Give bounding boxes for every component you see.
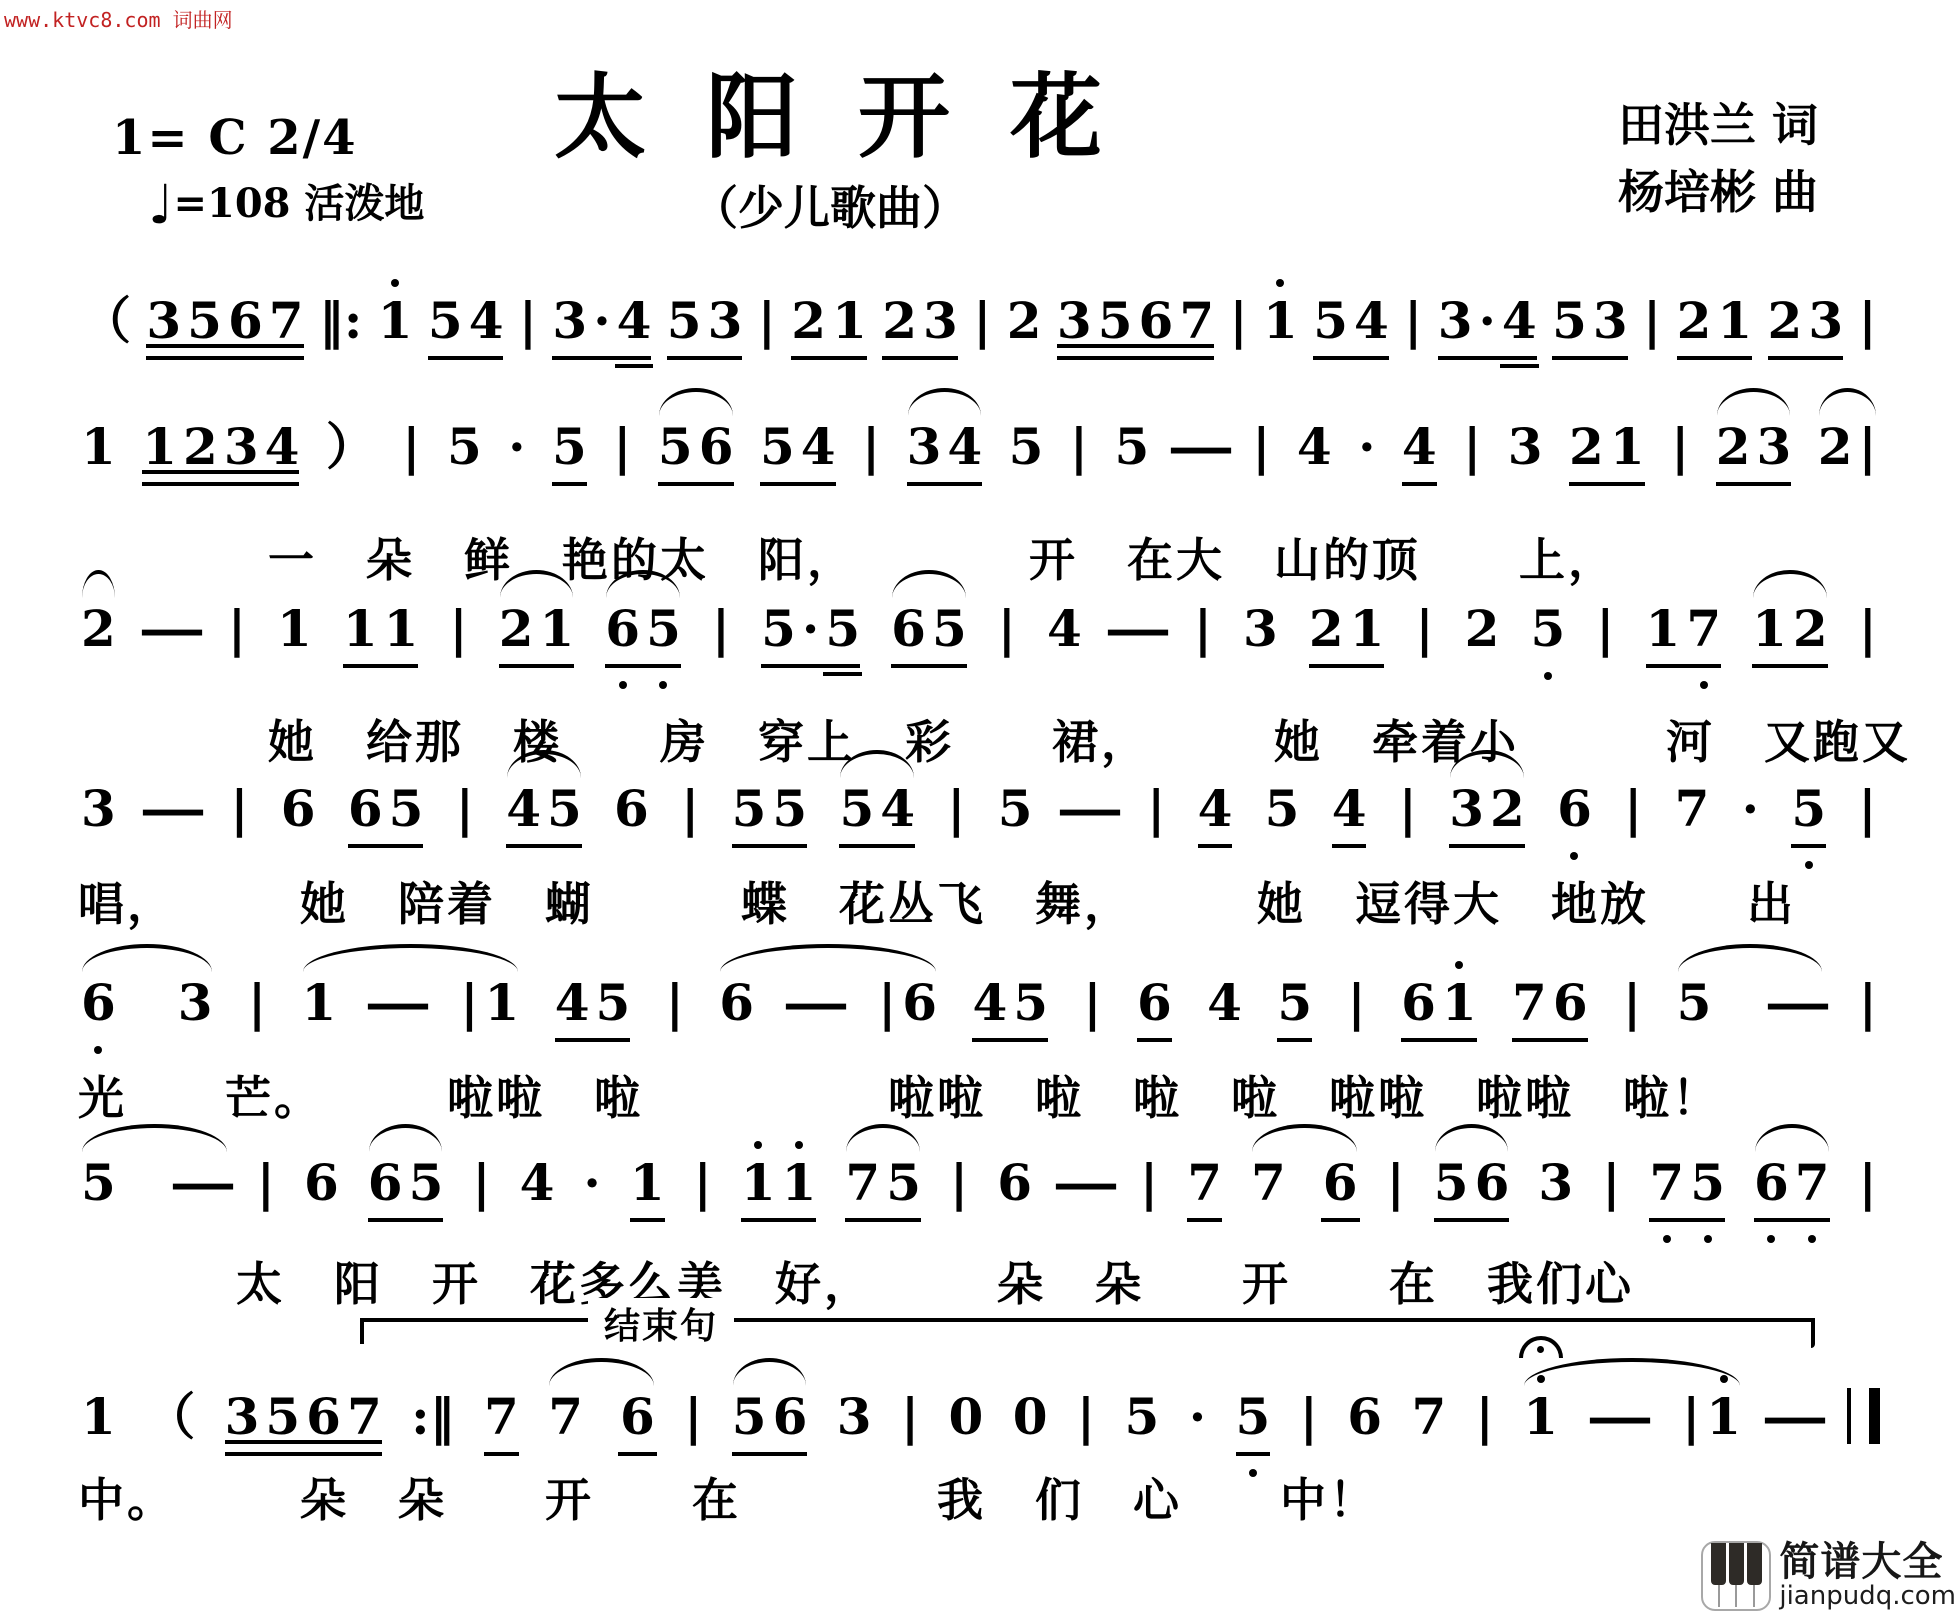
- note-token: ·: [505, 418, 528, 476]
- note-token: 6: [1136, 292, 1177, 350]
- note-token: |: [1384, 1154, 1408, 1212]
- note-token: 3: [78, 780, 119, 838]
- beam-line: [1277, 1038, 1312, 1042]
- note-token: 5: [822, 600, 863, 658]
- note-token: |: [1599, 1154, 1623, 1212]
- barline: |: [1396, 780, 1420, 838]
- note-token: 5: [995, 780, 1036, 838]
- beam-line: [1402, 482, 1437, 486]
- note-group: 5: [444, 418, 485, 476]
- lyrics-line: 光 芒。 啦啦 啦 啦啦 啦 啦 啦 啦啦 啦啦 啦！: [78, 1062, 1918, 1128]
- note-token: 4: [466, 292, 507, 350]
- barline: |: [1384, 1154, 1408, 1212]
- note-token: [426, 974, 457, 1032]
- note-group: 5: [1112, 418, 1153, 476]
- barline: |: [1640, 292, 1664, 350]
- barline: |: [1620, 974, 1644, 1032]
- slur-arc: [82, 944, 212, 972]
- note-token: 7: [1509, 974, 1550, 1032]
- beam-line: [741, 1218, 817, 1222]
- beam-line: [1752, 664, 1828, 668]
- octave-dot-below: [1544, 672, 1552, 680]
- note-token: 7: [1672, 780, 1713, 838]
- note-token: 5: [664, 292, 705, 350]
- note-token: 1: [779, 1154, 820, 1212]
- note-token: 1: [1347, 600, 1388, 658]
- note-token: 1: [1520, 1388, 1561, 1446]
- note-token: 4: [614, 292, 655, 350]
- note-token: |: [254, 1154, 278, 1212]
- note-token: 6: [617, 1388, 658, 1446]
- note-token: 7: [481, 1388, 522, 1446]
- beam-line: [1569, 482, 1645, 486]
- note-token: 7: [1176, 292, 1217, 350]
- note-group: ·: [1739, 780, 1762, 838]
- note-group: 5: [549, 418, 590, 476]
- note-token: 3: [1754, 418, 1795, 476]
- note-token: 4: [798, 418, 839, 476]
- note-group: 0: [1010, 1388, 1051, 1446]
- note-group: 54: [1310, 292, 1392, 350]
- beam-line: [882, 356, 958, 360]
- note-token: 2: [1004, 292, 1045, 350]
- barline: |: [469, 1154, 493, 1212]
- note-token: —: [1173, 418, 1229, 476]
- octave-dot-above: [1537, 1375, 1545, 1383]
- note-token: 6: [1320, 1154, 1361, 1212]
- note-token: 3: [1240, 600, 1281, 658]
- barline: |: [691, 1154, 715, 1212]
- note-group: 65: [345, 780, 427, 838]
- beam-line: [555, 1038, 631, 1042]
- note-token: |: [944, 780, 968, 838]
- note-token: |: [1679, 1388, 1703, 1446]
- note-token: 0: [946, 1388, 987, 1446]
- lyrics-line: 唱， 她 陪着 蝴 蝶 花丛飞 舞， 她 逗得大 地放 出: [78, 868, 1918, 934]
- note-group: 1: [274, 600, 315, 658]
- note-token: —: [1592, 1388, 1648, 1446]
- note-token: 4: [1044, 600, 1085, 658]
- note-token: 1: [1439, 974, 1480, 1032]
- note-token: 6: [278, 780, 319, 838]
- note-group: 6: [1554, 780, 1595, 838]
- beam-line: [1309, 664, 1385, 668]
- octave-dot-below: [1704, 1235, 1712, 1243]
- note-token: 1: [536, 600, 577, 658]
- note-group: —: [1058, 1154, 1114, 1212]
- note-token: 1: [738, 1154, 779, 1212]
- note-token: |: [1668, 418, 1692, 476]
- note-token: |: [1067, 418, 1091, 476]
- beam-line: [761, 664, 860, 668]
- note-token: |: [859, 418, 883, 476]
- note-token: ）: [323, 418, 379, 476]
- note-token: 5: [1262, 780, 1303, 838]
- note-token: |: [1856, 974, 1880, 1032]
- note-token: |: [1191, 600, 1215, 658]
- note-group: 55: [729, 780, 811, 838]
- note-token: |: [1401, 292, 1425, 350]
- note-token: 6: [1134, 974, 1175, 1032]
- octave-dot-above: [754, 1141, 762, 1149]
- note-group: 1: [78, 418, 119, 476]
- note-token: 7: [1248, 1154, 1289, 1212]
- beam-line: [1137, 1038, 1172, 1042]
- octave-dot-below: [619, 681, 627, 689]
- lyricist-credit: 田洪兰 词: [1618, 92, 1818, 159]
- note-token: （: [142, 1388, 198, 1446]
- barline: |: [1067, 418, 1091, 476]
- note-group: 6: [1344, 1388, 1385, 1446]
- barline: |: [709, 600, 733, 658]
- note-token: |: [1593, 600, 1617, 658]
- beam-line: [1500, 364, 1539, 368]
- note-token: ·: [1355, 418, 1378, 476]
- note-group: 75: [842, 1154, 924, 1212]
- note-token: 4: [877, 780, 918, 838]
- beam-line: [1677, 356, 1753, 360]
- note-token: 3: [175, 974, 216, 1032]
- beam-line: [618, 1452, 657, 1456]
- note-token: 2: [180, 418, 221, 476]
- beam-line: [428, 356, 504, 360]
- note-group: 12: [1749, 600, 1831, 658]
- barline: |: [859, 418, 883, 476]
- note-group: —: [144, 600, 200, 658]
- note-group: 1: [78, 1388, 119, 1446]
- note-token: |: [1473, 1388, 1497, 1446]
- barline: |: [1191, 600, 1215, 658]
- note-group: 3·4: [549, 292, 654, 350]
- note-group: 5: [1788, 780, 1829, 838]
- note-group: 21: [1674, 292, 1756, 350]
- beam-line: [1321, 1218, 1360, 1222]
- slur-arc: [908, 388, 982, 416]
- beam-line: [972, 1038, 1048, 1042]
- note-token: 1: [340, 600, 381, 658]
- note-token: 4: [1204, 974, 1245, 1032]
- note-token: 3: [705, 292, 746, 350]
- lyrics-line: 中。 朵 朵 开 在 我 们 心 中！: [78, 1464, 1918, 1530]
- note-group: 11: [738, 1154, 820, 1212]
- note-group: 5: [1233, 1388, 1274, 1446]
- beam-line: [1434, 1218, 1510, 1222]
- note-token: |: [453, 780, 477, 838]
- piano-keys-icon: [1701, 1541, 1771, 1611]
- note-token: —: [144, 600, 200, 658]
- note-token: |: [681, 1388, 705, 1446]
- note-token: 2: [1306, 600, 1347, 658]
- note-group: 3: [834, 1388, 875, 1446]
- note-group: 21: [1566, 418, 1648, 476]
- note-token: 7: [545, 1388, 586, 1446]
- watermark-link[interactable]: www.ktvc8.com 词曲网: [4, 4, 233, 33]
- note-token: 3: [1054, 292, 1095, 350]
- note-token: 1: [1714, 292, 1755, 350]
- note-token: （: [78, 292, 134, 350]
- beam-line: [484, 1452, 519, 1456]
- note-group: 2|: [1815, 418, 1880, 476]
- note-token: 4: [1499, 292, 1540, 350]
- beam-line: [732, 1452, 808, 1456]
- note-group: 4: [1044, 600, 1085, 658]
- note-token: 3: [221, 418, 262, 476]
- note-token: |: [1396, 780, 1420, 838]
- note-token: 5: [544, 780, 585, 838]
- note-token: 5: [1687, 1154, 1728, 1212]
- note-group: 6 3: [78, 974, 216, 1032]
- beam-line: [630, 1218, 665, 1222]
- note-group: 76: [1509, 974, 1591, 1032]
- barline: |: [245, 974, 269, 1032]
- note-token: [119, 974, 175, 1032]
- note-group: 5: [995, 780, 1036, 838]
- barline: |: [1226, 292, 1250, 350]
- barline: |: [1080, 974, 1104, 1032]
- note-token: |: [1412, 600, 1436, 658]
- note-token: 4: [262, 418, 303, 476]
- barline: |: [970, 292, 994, 350]
- beam-line: [615, 364, 654, 368]
- note-token: [1648, 1388, 1679, 1446]
- note-token: |: [1640, 292, 1664, 350]
- site-logo[interactable]: 简谱大全 jianpudq.com: [1701, 1541, 1956, 1611]
- note-group: 7: [1408, 1388, 1449, 1446]
- note-group: 21: [1306, 600, 1388, 658]
- lyrics-line: 她 给那 楼 房 穿上 彩 裙， 她 牵着小 河 又跑又: [78, 706, 1918, 772]
- beam-line: [1512, 1038, 1588, 1042]
- note-token: —: [1110, 600, 1166, 658]
- note-token: 1: [299, 974, 340, 1032]
- note-token: 3: [1805, 292, 1846, 350]
- note-token: 6: [225, 292, 266, 350]
- note-token: |: [1080, 974, 1104, 1032]
- slur-arc: [1678, 944, 1823, 972]
- note-group: 61: [1398, 974, 1480, 1032]
- octave-dot-above: [795, 1141, 803, 1149]
- note-group: 45: [552, 974, 634, 1032]
- note-token: 6: [1550, 974, 1591, 1032]
- note-token: 1: [1749, 600, 1790, 658]
- barline: |: [1345, 974, 1369, 1032]
- note-token: 6: [1398, 974, 1439, 1032]
- slur-arc: [82, 1124, 227, 1152]
- note-token: 3: [1446, 780, 1487, 838]
- note-token: 5: [729, 780, 770, 838]
- note-token: [119, 1154, 175, 1212]
- note-group: ·: [505, 418, 528, 476]
- note-token: :‖: [408, 1388, 457, 1446]
- note-group: 4: [1195, 780, 1236, 838]
- barline: |: [1297, 1388, 1321, 1446]
- note-token: 5: [1788, 780, 1829, 838]
- note-group: 5 —: [78, 1154, 231, 1212]
- barline: |: [947, 1154, 971, 1212]
- note-token: 1: [1643, 600, 1684, 658]
- beam-line: [845, 1218, 921, 1222]
- note-token: |: [457, 974, 481, 1032]
- octave-dot-below: [659, 681, 667, 689]
- note-group: 21: [496, 600, 578, 658]
- note-token: 1: [78, 1388, 119, 1446]
- note-token: 2: [78, 600, 119, 658]
- note-token: 1: [1607, 418, 1648, 476]
- song-title: 太 阳 开 花: [0, 44, 1660, 176]
- note-token: 4: [1294, 418, 1335, 476]
- note-token: 7: [842, 1154, 883, 1212]
- note-token: 5: [1310, 292, 1351, 350]
- note-token: 4: [1351, 292, 1392, 350]
- note-token: |: [1249, 418, 1273, 476]
- note-token: 1: [1260, 292, 1301, 350]
- note-token: 7: [266, 292, 307, 350]
- barline: |: [1460, 418, 1484, 476]
- note-group: 65: [602, 600, 684, 658]
- note-token: |: [227, 780, 251, 838]
- note-token: 6: [365, 1154, 406, 1212]
- note-token: 6: [1472, 1154, 1513, 1212]
- note-token: |: [1856, 1154, 1880, 1212]
- note-token: 2: [1462, 600, 1503, 658]
- beam-line: [343, 664, 419, 668]
- note-token: |: [610, 418, 634, 476]
- beam-line: [1313, 356, 1389, 360]
- note-token: |: [995, 600, 1019, 658]
- note-token: |: [1620, 974, 1644, 1032]
- note-token: 5: [1122, 1388, 1163, 1446]
- note-group: 56: [729, 1388, 811, 1446]
- note-token: 5: [593, 974, 634, 1032]
- notation-line: 1（3567:‖77 6|563|00|5·5|67|1 — |1—: [78, 1378, 1880, 1446]
- note-token: 1: [482, 974, 523, 1032]
- note-token: 2: [1765, 292, 1806, 350]
- note-token: |: [755, 292, 779, 350]
- note-token: 6: [1344, 1388, 1385, 1446]
- lyrics-line: 太 阳 开 花多么美 好， 朵 朵 开 在 我们心: [78, 1248, 1918, 1314]
- note-token: [844, 974, 875, 1032]
- note-group: 6: [994, 1154, 1035, 1212]
- slur-arc: [733, 1358, 807, 1386]
- beam-line: [1768, 356, 1844, 360]
- note-token: 6: [994, 1154, 1035, 1212]
- note-group: 5 —: [1674, 974, 1827, 1032]
- note-group: 45: [969, 974, 1051, 1032]
- note-token: 1: [139, 418, 180, 476]
- note-group: 54: [836, 780, 918, 838]
- note-token: 6: [345, 780, 386, 838]
- note-token: 2: [1566, 418, 1607, 476]
- note-token: 6: [696, 418, 737, 476]
- note-token: 5: [729, 1388, 770, 1446]
- note-token: 3: [143, 292, 184, 350]
- note-group: 1: [375, 292, 416, 350]
- note-token: 3: [1505, 418, 1546, 476]
- final-barline: [1847, 1378, 1880, 1434]
- barline: |: [1621, 780, 1645, 838]
- note-token: 1: [381, 600, 422, 658]
- note-token: 4: [1329, 780, 1370, 838]
- note-token: 7: [344, 1388, 385, 1446]
- note-token: 7: [1646, 1154, 1687, 1212]
- note-group: 2: [1462, 600, 1503, 658]
- beam-line: [891, 664, 967, 668]
- credits: 田洪兰 词 杨培彬 曲: [1618, 92, 1818, 225]
- note-token: |: [516, 292, 540, 350]
- note-token: 5: [1674, 974, 1715, 1032]
- note-token: —: [1767, 1388, 1823, 1446]
- note-token: 3: [920, 292, 961, 350]
- note-token: 5: [1274, 974, 1315, 1032]
- note-token: [1714, 974, 1770, 1032]
- note-group: 23: [1765, 292, 1847, 350]
- note-token: ·: [590, 292, 613, 350]
- note-token: |: [709, 600, 733, 658]
- note-group: 6: [301, 1154, 342, 1212]
- beam-line: [839, 844, 915, 848]
- notation-line: 2—|111|2165|5·565|4—|321|25|1712|: [78, 600, 1880, 658]
- beam-line: [605, 664, 681, 668]
- barline: |: [1401, 292, 1425, 350]
- notation-line: 6 3|1 — |145|6 — |645|645|6176|5 —|: [78, 974, 1880, 1032]
- note-token: 2: [1713, 418, 1754, 476]
- note-group: 54: [425, 292, 507, 350]
- note-group: 7 6: [1248, 1154, 1361, 1212]
- note-token: |: [469, 1154, 493, 1212]
- slur-arc: [720, 944, 936, 972]
- note-token: 5: [655, 418, 696, 476]
- note-token: |: [1856, 418, 1880, 476]
- note-group: —: [145, 780, 201, 838]
- note-token: |: [1297, 1388, 1321, 1446]
- note-token: —: [1062, 780, 1118, 838]
- note-token: 5: [1549, 292, 1590, 350]
- barline: |: [453, 780, 477, 838]
- note-group: 6 — |6: [716, 974, 940, 1032]
- beam-line: [1449, 844, 1525, 848]
- note-token: 3: [834, 1388, 875, 1446]
- note-token: 5: [769, 780, 810, 838]
- barline: |: [1593, 600, 1617, 658]
- note-token: 5: [883, 1154, 924, 1212]
- octave-dot-above: [1720, 1375, 1728, 1383]
- slur-arc: [369, 1124, 443, 1152]
- note-group: 67: [1751, 1154, 1833, 1212]
- barline: |: [1856, 292, 1880, 350]
- note-token: 5: [1095, 292, 1136, 350]
- barline: |: [898, 1388, 922, 1446]
- note-group: 4: [1204, 974, 1245, 1032]
- octave-dot-below: [1570, 852, 1578, 860]
- note-token: |: [970, 292, 994, 350]
- note-token: 7: [1408, 1388, 1449, 1446]
- barline: |: [1856, 600, 1880, 658]
- slur-arc: [1755, 1124, 1829, 1152]
- barline: |: [225, 600, 249, 658]
- octave-dot-below: [1700, 681, 1708, 689]
- slur-arc: [303, 944, 519, 972]
- note-token: —: [175, 1154, 231, 1212]
- note-group: 5: [1006, 418, 1047, 476]
- note-token: |: [875, 974, 899, 1032]
- note-token: [1289, 1154, 1320, 1212]
- note-token: 5: [758, 600, 799, 658]
- note-token: 4: [1399, 418, 1440, 476]
- barline: |: [944, 780, 968, 838]
- beam-line: [225, 1440, 382, 1456]
- site-url: jianpudq.com: [1779, 1583, 1956, 1610]
- barline: |: [1855, 780, 1879, 838]
- note-group: 56: [655, 418, 737, 476]
